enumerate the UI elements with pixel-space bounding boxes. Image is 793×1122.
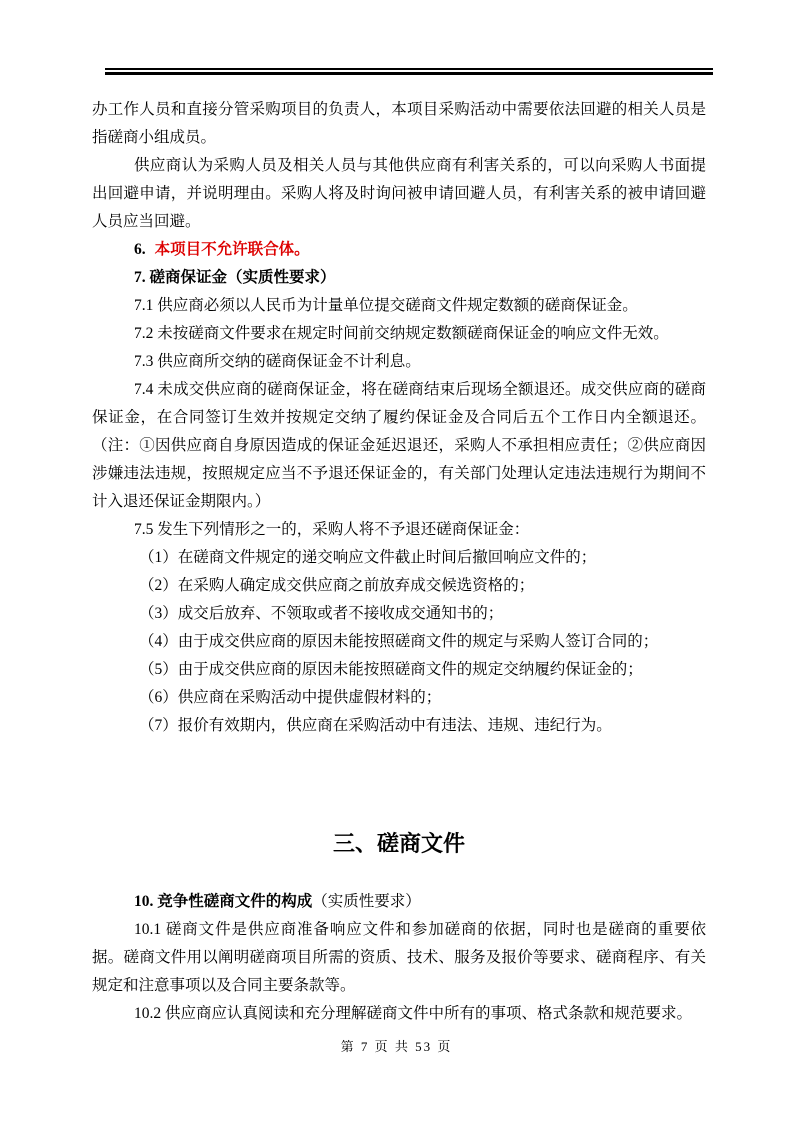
clause-7-2: 7.2 未按磋商文件要求在规定时间前交纳规定数额磋商保证金的响应文件无效。 xyxy=(92,320,706,348)
clause-7-heading: 7. 磋商保证金（实质性要求） xyxy=(92,264,706,292)
clause-10-2: 10.2 供应商应认真阅读和充分理解磋商文件中所有的事项、格式条款和规范要求。 xyxy=(92,1000,706,1028)
clause-10-heading-normal: （实质性要求） xyxy=(312,893,421,910)
paragraph-avoidance-request: 供应商认为采购人员及相关人员与其他供应商有利害关系的，可以向采购人书面提出回避申… xyxy=(92,152,706,236)
page-number-footer: 第 7 页 共 53 页 xyxy=(0,1036,793,1055)
clause-10-heading-bold: 10. 竞争性磋商文件的构成 xyxy=(134,893,312,910)
header-divider-rule xyxy=(105,68,713,75)
clause-7-1: 7.1 供应商必须以人民币为计量单位提交磋商文件规定数额的磋商保证金。 xyxy=(92,292,706,320)
clause-7-4: 7.4 未成交供应商的磋商保证金，将在磋商结束后现场全额退还。成交供应商的磋商保… xyxy=(92,376,706,516)
list-item-7: （7）报价有效期内，供应商在采购活动中有违法、违规、违纪行为。 xyxy=(92,712,706,740)
list-item-2: （2）在采购人确定成交供应商之前放弃成交候选资格的； xyxy=(92,572,706,600)
list-item-1: （1）在磋商文件规定的递交响应文件截止时间后撤回响应文件的； xyxy=(92,544,706,572)
clause-6-red-text: 本项目不允许联合体。 xyxy=(155,241,310,258)
clause-6-heading: 6.本项目不允许联合体。 xyxy=(92,236,706,264)
clause-10-1: 10.1 磋商文件是供应商准备响应文件和参加磋商的依据，同时也是磋商的重要依据。… xyxy=(92,916,706,1000)
list-item-5: （5）由于成交供应商的原因未能按照磋商文件的规定交纳履约保证金的； xyxy=(92,656,706,684)
list-item-6: （6）供应商在采购活动中提供虚假材料的； xyxy=(92,684,706,712)
clause-7-5: 7.5 发生下列情形之一的，采购人将不予退还磋商保证金： xyxy=(92,516,706,544)
clause-7-3: 7.3 供应商所交纳的磋商保证金不计利息。 xyxy=(92,348,706,376)
list-item-3: （3）成交后放弃、不领取或者不接收成交通知书的； xyxy=(92,600,706,628)
paragraph-avoidance-continuation: 办工作人员和直接分管采购项目的负责人，本项目采购活动中需要依法回避的相关人员是指… xyxy=(92,96,706,152)
document-body: 办工作人员和直接分管采购项目的负责人，本项目采购活动中需要依法回避的相关人员是指… xyxy=(92,96,706,1028)
section-3-title: 三、磋商文件 xyxy=(92,826,706,862)
clause-10-heading: 10. 竞争性磋商文件的构成（实质性要求） xyxy=(92,888,706,916)
list-item-4: （4）由于成交供应商的原因未能按照磋商文件的规定与采购人签订合同的； xyxy=(92,628,706,656)
clause-6-number: 6. xyxy=(134,241,146,258)
document-page: 办工作人员和直接分管采购项目的负责人，本项目采购活动中需要依法回避的相关人员是指… xyxy=(0,0,793,1122)
